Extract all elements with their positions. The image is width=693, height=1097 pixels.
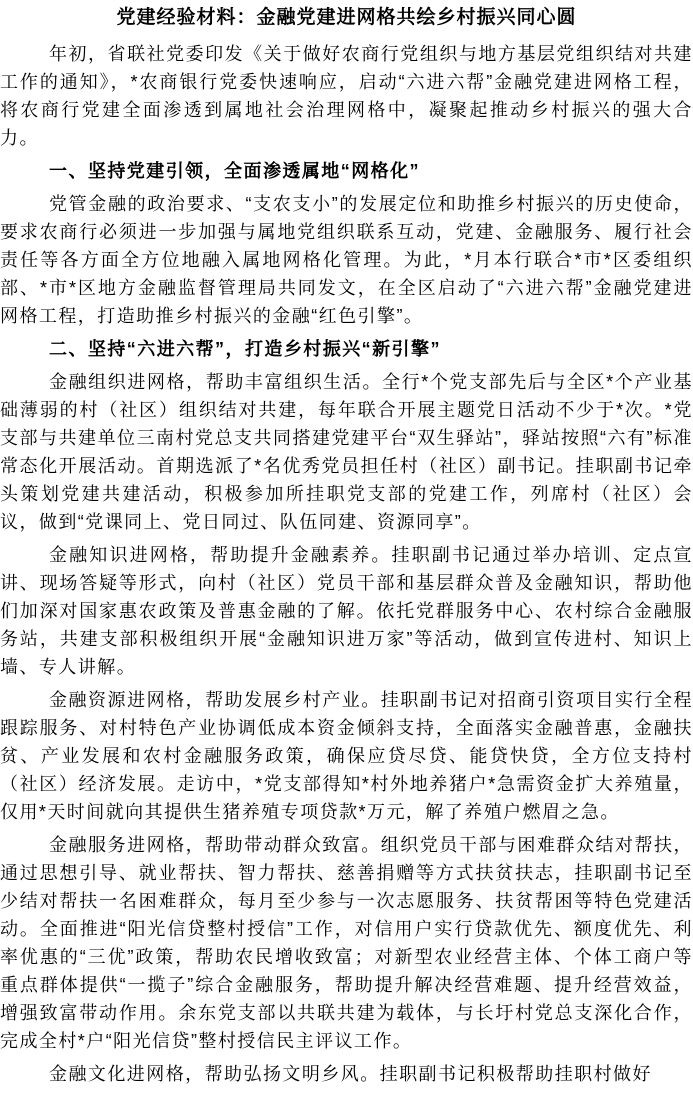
section-1-paragraph: 党管金融的政治要求、“支农支小”的发展定位和助推乡村振兴的历史使命，要求农商行必… (0, 190, 693, 330)
document-title: 党建经验材料：金融党建进网格共绘乡村振兴同心圆 (0, 5, 693, 30)
section-1-heading: 一、坚持党建引领，全面渗透属地“网格化” (0, 157, 693, 185)
intro-paragraph: 年初，省联社党委印发《关于做好农商行党组织与地方基层党组织结对共建工作的通知》，… (0, 40, 693, 152)
paragraph-resource-grid: 金融资源进网格，帮助发展乡村产业。挂职副书记对招商引资项目实行全程跟踪服务、对村… (0, 686, 693, 826)
section-2-heading: 二、坚持“六进六帮”，打造乡村振兴“新引擎” (0, 335, 693, 363)
paragraph-knowledge-grid: 金融知识进网格，帮助提升金融素养。挂职副书记通过举办培训、定点宣讲、现场答疑等形… (0, 541, 693, 681)
paragraph-organization-grid: 金融组织进网格，帮助丰富组织生活。全行*个党支部先后与全区*个产业基础薄弱的村（… (0, 368, 693, 536)
paragraph-service-grid: 金融服务进网格，帮助带动群众致富。组织党员干部与困难群众结对帮扶，通过思想引导、… (0, 831, 693, 1055)
paragraph-culture-grid: 金融文化进网格，帮助弘扬文明乡风。挂职副书记积极帮助挂职村做好 (0, 1060, 693, 1088)
document-page: 党建经验材料：金融党建进网格共绘乡村振兴同心圆 年初，省联社党委印发《关于做好农… (0, 0, 693, 1088)
